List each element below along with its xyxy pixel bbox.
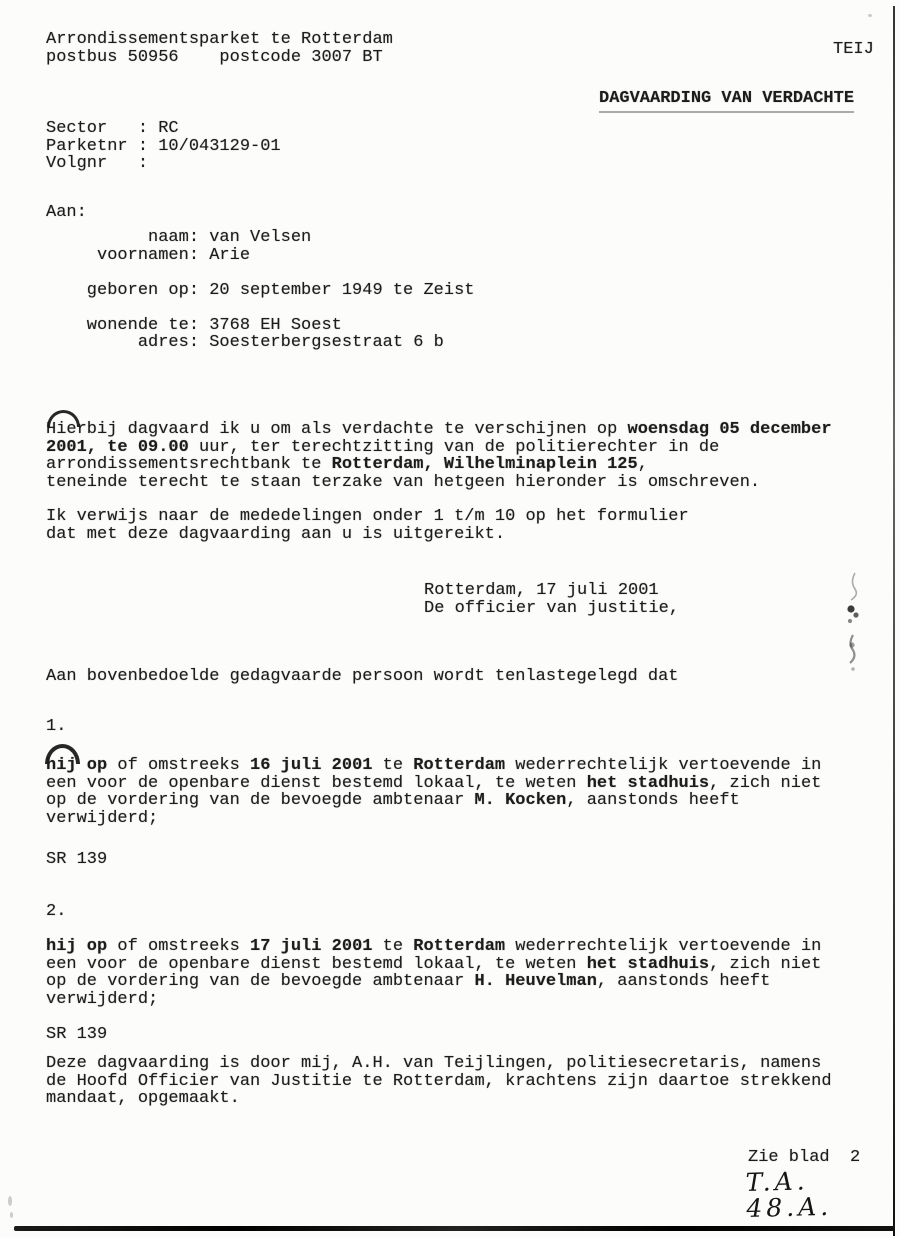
charge-2-line: hij op of omstreeks 17 juli 2001 te Rott… xyxy=(46,938,821,956)
scan-speck xyxy=(8,1196,12,1206)
charge-2-line: verwijderd; xyxy=(46,991,158,1009)
case-fields: Sector : RC Parketnr : 10/043129-01 Volg… xyxy=(46,120,281,173)
charge-1-line: op de vordering van de bevoegde ambtenaa… xyxy=(46,792,740,810)
author-code: TEIJ xyxy=(833,41,874,59)
charge-1-line: verwijderd; xyxy=(46,810,158,828)
summons-line: 2001, te 09.00 uur, ter terechtzitting v… xyxy=(46,439,719,457)
reference-note: Ik verwijs naar de mededelingen onder 1 … xyxy=(46,508,689,543)
charge-2-line: op de vordering van de bevoegde ambtenaa… xyxy=(46,973,770,991)
charge-1-number: 1. xyxy=(46,718,66,736)
ink-smudge-mark xyxy=(840,567,866,679)
summons-line: Hierbij dagvaard ik u om als verdachte t… xyxy=(46,421,832,439)
document-title: DAGVAARDING VAN VERDACHTE xyxy=(599,90,854,113)
summons-line: teneinde terecht te staan terzake van he… xyxy=(46,474,760,492)
signoff-block: Rotterdam, 17 juli 2001 De officier van … xyxy=(424,582,679,617)
scan-speck xyxy=(10,1212,13,1218)
handwritten-annotation: T.A. 48.A. xyxy=(745,1166,900,1222)
scan-edge-bottom xyxy=(14,1226,895,1231)
charge-1-line: hij op of omstreeks 16 juli 2001 te Rott… xyxy=(46,757,821,775)
office-address: Arrondissementsparket te Rotterdam postb… xyxy=(46,31,393,66)
addressee-label: Aan: xyxy=(46,204,87,222)
person-details: naam: van Velsen voornamen: Arie geboren… xyxy=(46,229,474,352)
statute-reference-1: SR 139 xyxy=(46,851,107,869)
charge-2-number: 2. xyxy=(46,903,66,921)
closing-paragraph: Deze dagvaarding is door mij, A.H. van T… xyxy=(46,1055,832,1108)
scan-speck xyxy=(868,14,872,17)
statute-reference-2: SR 139 xyxy=(46,1026,107,1044)
charges-intro: Aan bovenbedoelde gedagvaarde persoon wo… xyxy=(46,668,679,686)
scan-edge-right xyxy=(893,6,895,1236)
scanned-summons-page: Arrondissementsparket te Rotterdam postb… xyxy=(0,0,900,1238)
footer-note: Zie blad 2 xyxy=(748,1149,860,1167)
charge-1-line: een voor de openbare dienst bestemd loka… xyxy=(46,775,821,793)
summons-line: arrondissementsrechtbank te Rotterdam, W… xyxy=(46,456,648,474)
charge-2-line: een voor de openbare dienst bestemd loka… xyxy=(46,956,821,974)
